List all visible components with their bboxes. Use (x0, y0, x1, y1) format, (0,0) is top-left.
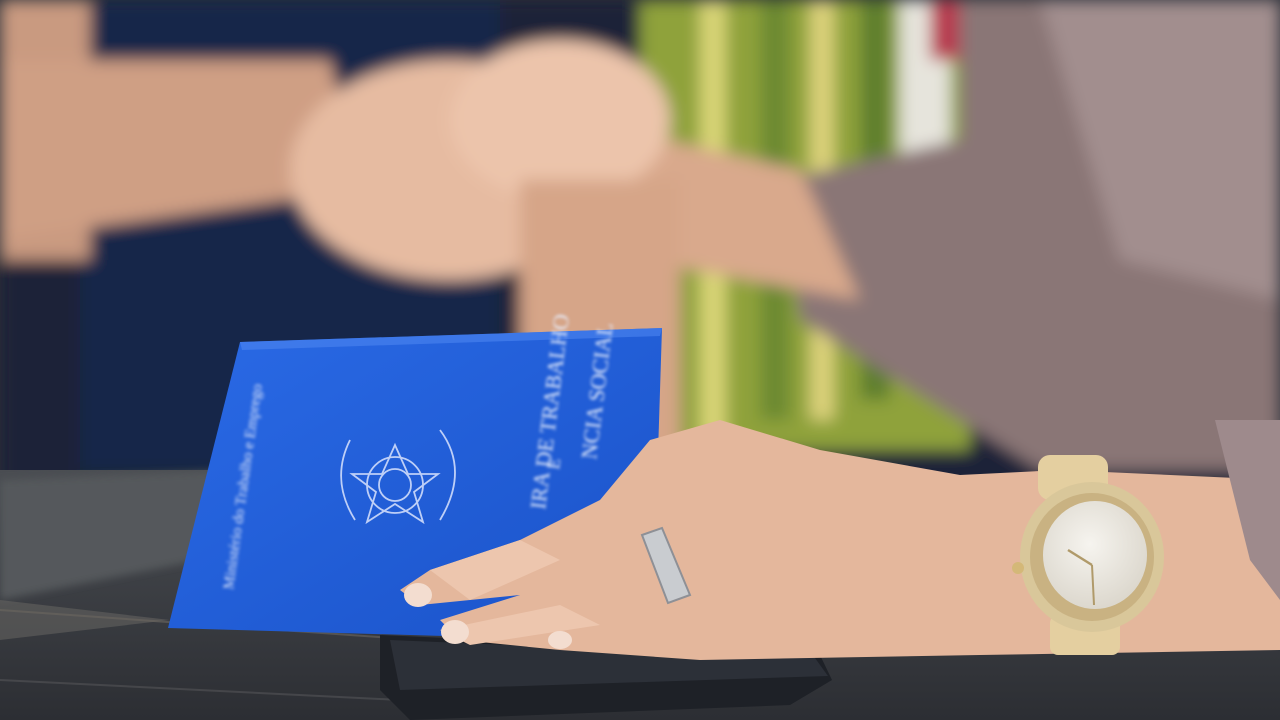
photo-scene: Ministério do Trabalho e Emprego IRA DE … (0, 0, 1280, 720)
